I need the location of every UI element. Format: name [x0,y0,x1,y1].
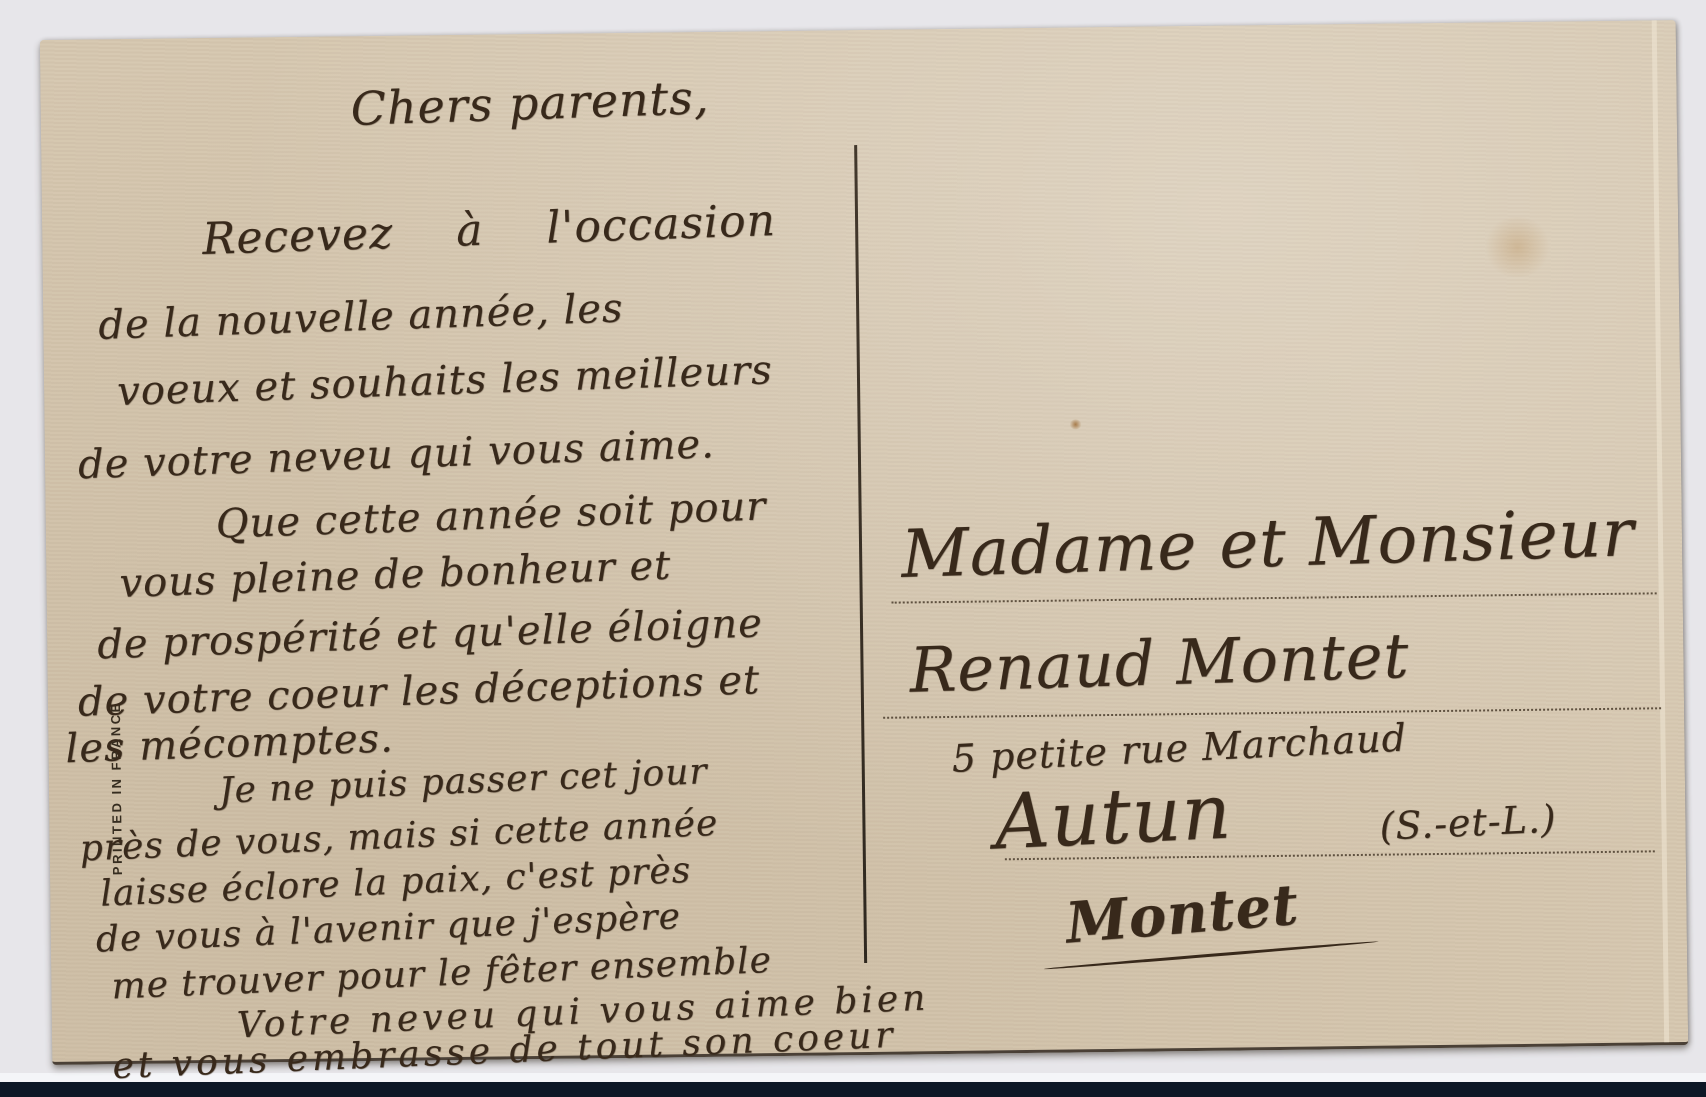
message-line: Recevez à l'occasion [201,195,776,265]
card-crease [1652,20,1669,1042]
message-line: Chers parents, [350,70,710,136]
address-department: (S.-et-L.) [1379,796,1558,848]
stain [1482,217,1553,278]
message-line: vous pleine de bonheur et [119,543,672,607]
signature: Montet [1063,872,1301,957]
message-line: voeux et souhaits les meilleurs [116,347,773,415]
message-line: de prospérité et qu'elle éloigne [97,600,764,668]
scanner-edge-band [0,1082,1706,1097]
divider-line [854,145,867,963]
address-line-1: Madame et Monsieur [900,494,1636,593]
message-line: de votre neveu qui vous aime. [77,421,715,488]
message-line: les mécomptes. [65,715,395,772]
address-line-2: Renaud Montet [909,619,1411,707]
address-city: Autun [992,766,1233,866]
stain [1070,419,1082,429]
address-rule-2 [883,707,1661,719]
message-line: Que cette année soit pour [215,483,767,547]
message-line: de votre coeur les déceptions et [77,657,761,726]
scanned-postcard-image: { "scan": { "printed_note": "PRINTED IN … [0,0,1706,1097]
message-line: de la nouvelle année, les [98,285,625,348]
message-side: Chers parents, Recevez à l'occasion de l… [40,20,1676,40]
address-side: Madame et Monsieur Renaud Montet 5 petit… [40,20,1676,40]
address-rule-1 [892,592,1657,603]
postcard: PRINTED IN FRANCE Chers parents, Recevez… [40,20,1688,1065]
